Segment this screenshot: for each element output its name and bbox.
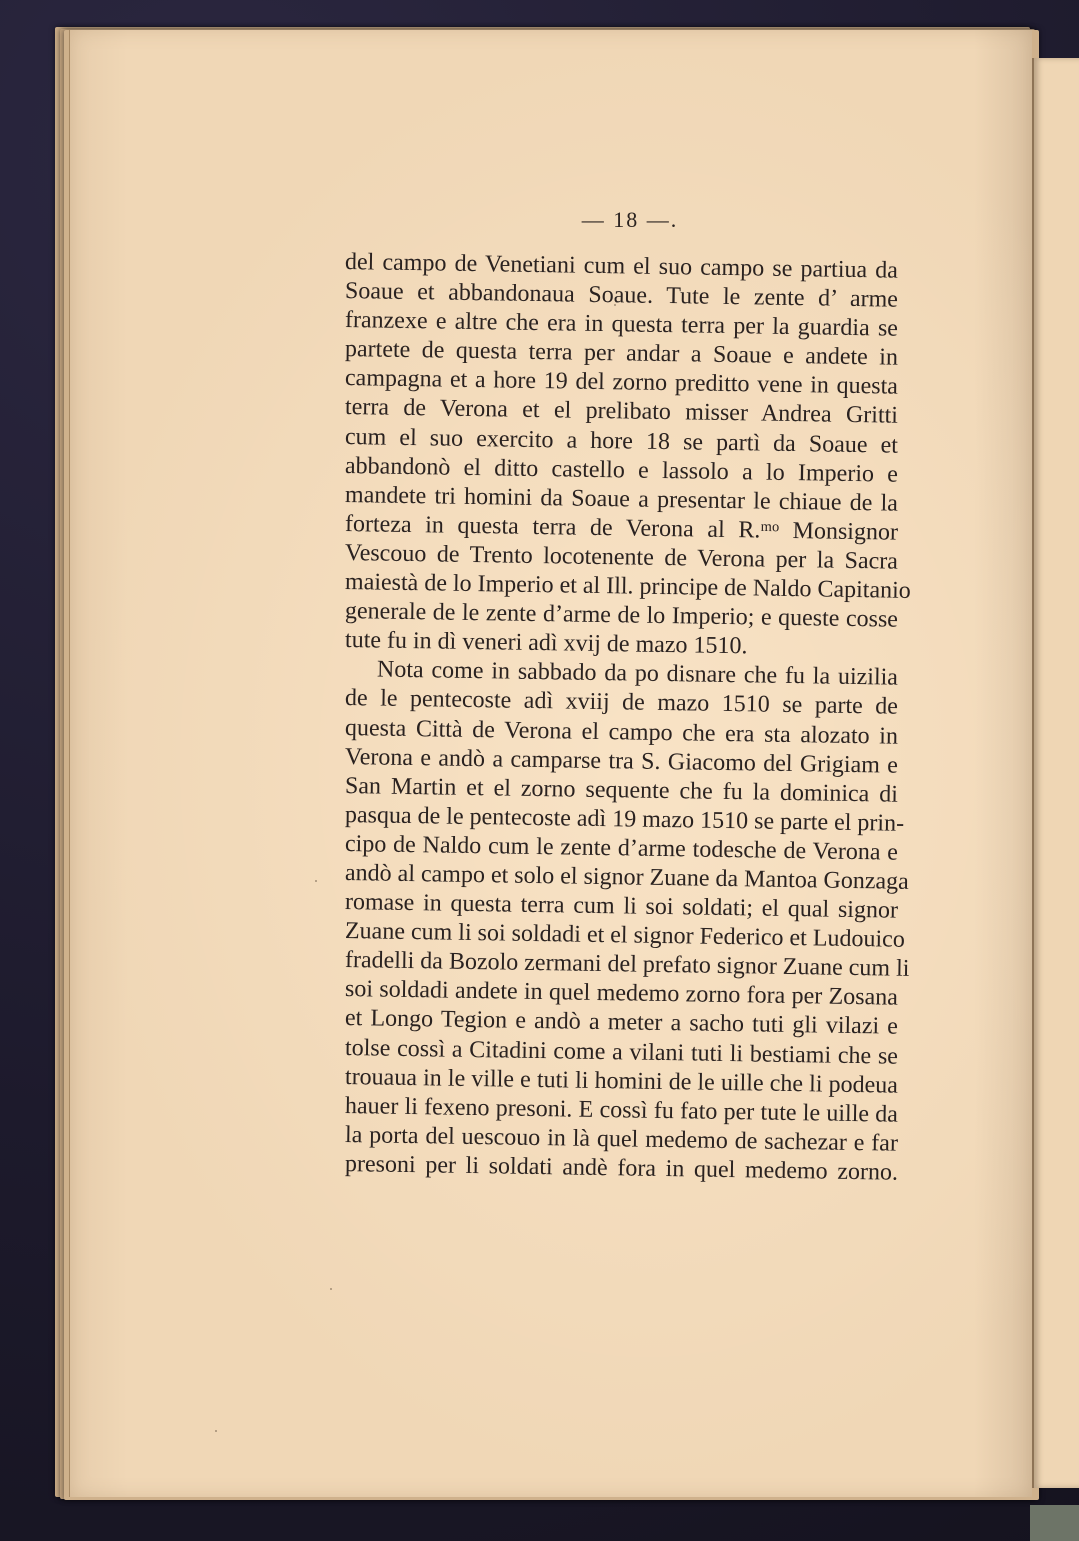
body-text: del campo de Venetiani cum el suo campo … — [345, 248, 898, 1179]
binding-corner — [1030, 1505, 1079, 1541]
paper-speck — [215, 1430, 217, 1432]
paper-speck — [315, 880, 317, 882]
page-number: — 18 —. — [560, 207, 700, 233]
paper-speck — [330, 1288, 332, 1290]
facing-page-edge — [1032, 58, 1079, 1488]
paper-speck — [614, 304, 616, 306]
